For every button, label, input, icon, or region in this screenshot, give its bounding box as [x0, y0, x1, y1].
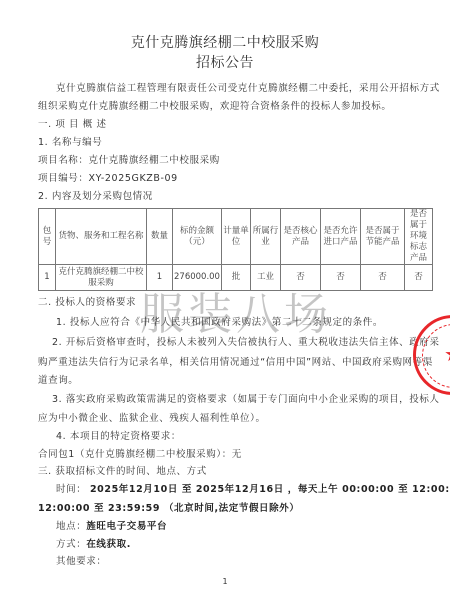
- section2-heading: 二. 投标人的资格要求: [38, 294, 136, 308]
- qualification-item-1: 1. 投标人应符合《中华人民共和国政府采购法》第二十二条规定的条件。: [56, 314, 383, 328]
- document-subtitle: 招标公告: [0, 52, 450, 72]
- place-value: 旌旺电子交易平台: [86, 521, 167, 532]
- qualification-item-4: 4. 本项目的特定资格要求：: [56, 428, 181, 442]
- qualification-item-3-line-2: 应为中小微企业、监狱企业、残疾人福利性单位）。: [38, 410, 266, 424]
- section3-heading: 三. 获取招标文件的时间、地点、方式: [38, 463, 207, 477]
- time-label: 时间：: [56, 484, 86, 495]
- header-cell: 所属行业: [250, 209, 280, 265]
- header-cell: 是否允许进口产品: [320, 209, 360, 265]
- time-value: 2025年12月10日 至 2025年12月16日 ，每天上午 00:00:00…: [90, 484, 450, 495]
- section1-sub1: 1. 名称与编号: [38, 134, 102, 148]
- header-cell: 是否属于节能产品: [360, 209, 404, 265]
- other-requirements-label: 其他要求：: [56, 553, 107, 567]
- header-cell: 计量单位: [221, 209, 250, 265]
- watermark-text: 服装八场: [140, 278, 332, 342]
- section1-sub2: 2. 内容及划分采购包情况: [38, 188, 153, 202]
- method-line: 方式：在线获取.: [56, 536, 131, 550]
- table-cell: 否: [404, 265, 432, 291]
- table-cell: 否: [360, 265, 404, 291]
- place-label: 地点：: [56, 521, 86, 532]
- header-cell: 数量: [147, 209, 173, 265]
- header-cell: 是否属于环境标志产品: [404, 209, 432, 265]
- header-cell: 货物、服务和工程名称: [56, 209, 147, 265]
- place-line: 地点：旌旺电子交易平台: [56, 518, 167, 532]
- qualification-item-4-detail: 合同包1（克什克腾旗经棚二中校服采购）：无: [38, 446, 242, 460]
- intro-line-2: 组织采购克什克腾旗经棚二中校服采购，欢迎符合资格条件的投标人参加投标。: [38, 98, 392, 112]
- header-cell: 是否核心产品: [280, 209, 320, 265]
- method-value: 在线获取.: [86, 539, 131, 550]
- qualification-item-3-line-1: 3. 落实政府采购政策需满足的资格要求（如属于专门面向中小企业采购的项目，投标人: [52, 391, 440, 405]
- method-label: 方式：: [56, 539, 86, 550]
- time-line-1: 时间： 2025年12月10日 至 2025年12月16日 ，每天上午 00:0…: [56, 481, 450, 495]
- document-title: 克什克腾旗经棚二中校服采购: [0, 32, 450, 52]
- official-seal-stamp: ★: [413, 315, 450, 395]
- qualification-item-2-line-1: 2. 开标后资格审查时，投标人未被列入失信被执行人、重大税收违法失信主体、政府采: [52, 334, 440, 348]
- header-cell: 包号: [39, 209, 56, 265]
- qualification-item-2-line-2: 购严重违法失信行为记录名单，相关信用情况通过“信用中国”网站、中国政府采购网等渠: [38, 354, 433, 368]
- intro-line-1: 克什克腾旗信益工程管理有限责任公司受克什克腾旗经棚二中委托，采用公开招标方式: [56, 80, 440, 94]
- time-line-2: 12:00:00 至 23:59:59 （北京时间,法定节假日除外）: [38, 500, 299, 514]
- seal-star-icon: ★: [444, 342, 450, 366]
- table-header-row: 包号 货物、服务和工程名称 数量 标的金额（元） 计量单位 所属行业 是否核心产…: [39, 209, 433, 265]
- table-cell: 克什克腾旗经棚二中校服采购: [56, 265, 147, 291]
- project-code: 项目编号：XY-2025GKZB-09: [38, 170, 178, 184]
- table-cell: 1: [39, 265, 56, 291]
- header-cell: 标的金额（元）: [173, 209, 222, 265]
- project-name: 项目名称：克什克腾旗经棚二中校服采购: [38, 152, 220, 166]
- qualification-item-2-line-3: 道查询。: [38, 372, 78, 386]
- section1-heading: 一. 项 目 概 述: [38, 116, 107, 130]
- page-number: 1: [0, 577, 450, 586]
